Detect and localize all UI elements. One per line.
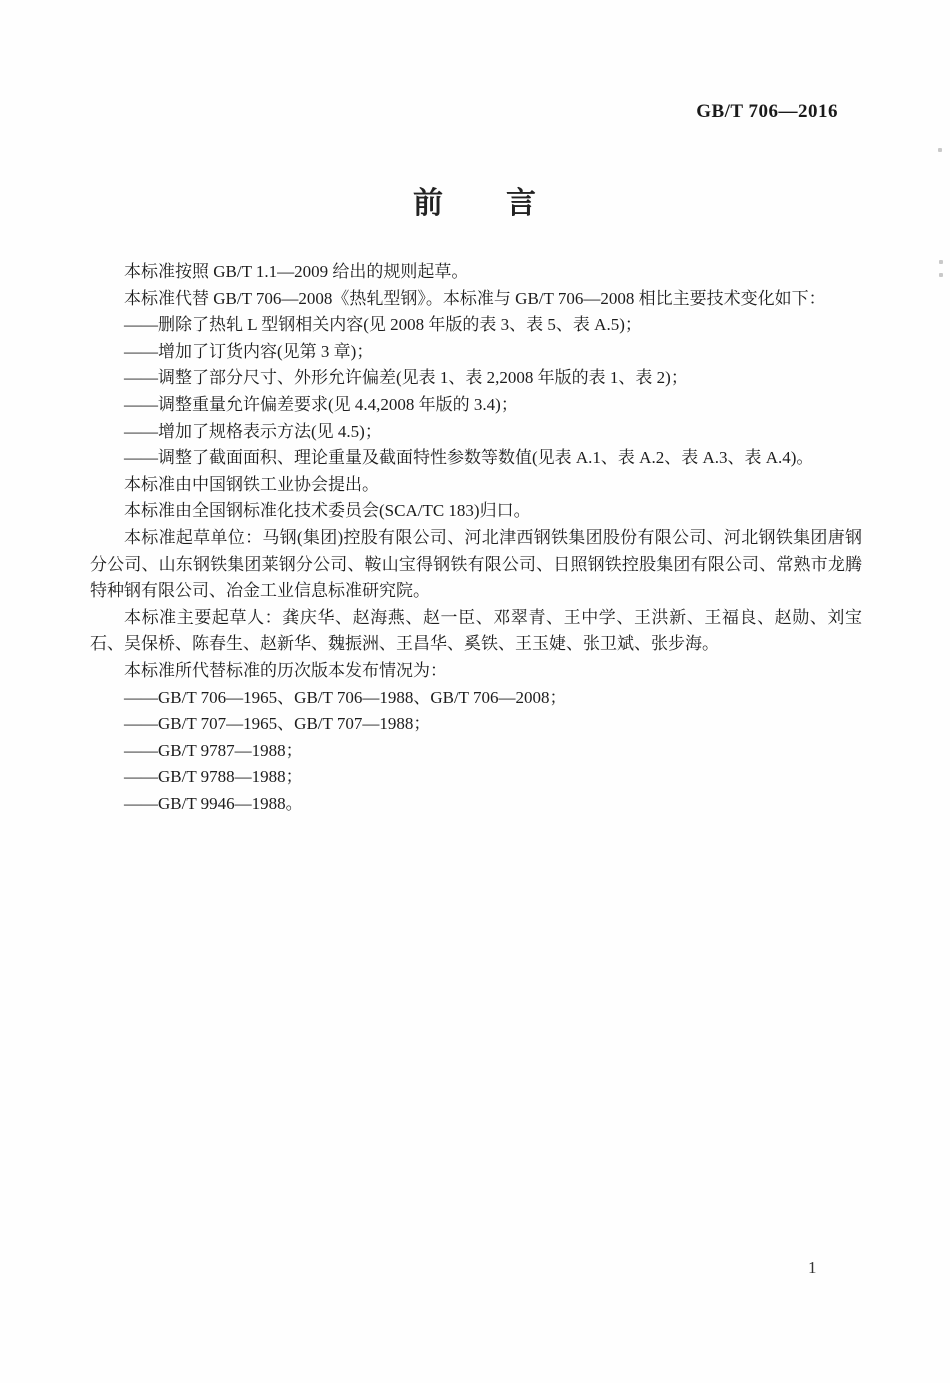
- page-number: 1: [808, 1258, 817, 1278]
- paragraph: ——GB/T 9946—1988。: [90, 791, 862, 818]
- paragraph: ——GB/T 706—1965、GB/T 706—1988、GB/T 706—2…: [90, 685, 862, 712]
- scan-artifact: [938, 148, 942, 152]
- paragraph: 本标准所代替标准的历次版本发布情况为：: [90, 658, 862, 685]
- paragraph-list: 本标准按照 GB/T 1.1—2009 给出的规则起草。本标准代替 GB/T 7…: [90, 259, 862, 817]
- paragraph: ——GB/T 707—1965、GB/T 707—1988；: [90, 711, 862, 738]
- paragraph: ——删除了热轧 L 型钢相关内容(见 2008 年版的表 3、表 5、表 A.5…: [90, 312, 862, 339]
- paragraph: ——调整重量允许偏差要求(见 4.4,2008 年版的 3.4)；: [90, 392, 862, 419]
- paragraph: 本标准起草单位：马钢(集团)控股有限公司、河北津西钢铁集团股份有限公司、河北钢铁…: [90, 525, 862, 605]
- paragraph: ——调整了部分尺寸、外形允许偏差(见表 1、表 2,2008 年版的表 1、表 …: [90, 365, 862, 392]
- standard-number: GB/T 706—2016: [696, 101, 838, 123]
- paragraph: ——GB/T 9788—1988；: [90, 764, 862, 791]
- scan-artifact: [939, 260, 943, 264]
- paragraph: ——增加了订货内容(见第 3 章)；: [90, 339, 862, 366]
- paragraph: 本标准主要起草人：龚庆华、赵海燕、赵一臣、邓翠青、王中学、王洪新、王福良、赵勋、…: [90, 605, 862, 658]
- scan-artifact: [939, 273, 943, 277]
- paragraph: 本标准代替 GB/T 706—2008《热轧型钢》。本标准与 GB/T 706—…: [90, 286, 862, 313]
- paragraph: 本标准由中国钢铁工业协会提出。: [90, 472, 862, 499]
- paragraph: ——调整了截面面积、理论重量及截面特性参数等数值(见表 A.1、表 A.2、表 …: [90, 445, 862, 472]
- paragraph: ——GB/T 9787—1988；: [90, 738, 862, 765]
- paragraph: ——增加了规格表示方法(见 4.5)；: [90, 419, 862, 446]
- document-page: GB/T 706—2016 前 言 本标准按照 GB/T 1.1—2009 给出…: [0, 0, 950, 1383]
- paragraph: 本标准由全国钢标准化技术委员会(SCA/TC 183)归口。: [90, 498, 862, 525]
- page-title: 前 言: [0, 178, 950, 222]
- paragraph: 本标准按照 GB/T 1.1—2009 给出的规则起草。: [90, 259, 862, 286]
